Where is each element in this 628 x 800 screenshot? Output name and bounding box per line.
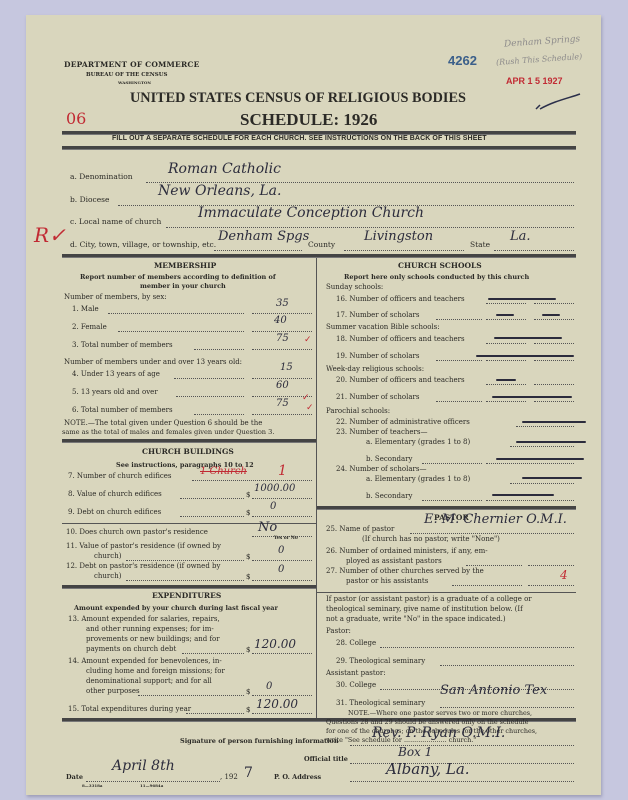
leader-dots — [108, 312, 244, 314]
q27-label-1: 27. Number of other churches served by t… — [326, 567, 484, 575]
q28-field[interactable] — [380, 646, 574, 648]
pencil-note-location: Denham Springs — [504, 34, 581, 49]
graduate-instruction-1: If pastor (or assistant pastor) is a gra… — [326, 595, 532, 603]
q9-debt-label: 9. Debt on church edifices — [68, 508, 161, 516]
leader-dots — [422, 499, 482, 501]
q15-total-label: 15. Total expenditures during year — [68, 705, 191, 713]
q7-edifices-value: 1 — [278, 463, 287, 479]
official-title-value: Box 1 — [398, 745, 432, 759]
divider — [62, 254, 576, 258]
q31-value: San Antonio Tex — [440, 683, 547, 698]
q24-label: 24. Number of scholars— — [336, 465, 426, 473]
divider — [62, 585, 316, 589]
year-value: 7 — [244, 765, 253, 781]
dollar-sign: $ — [246, 553, 250, 561]
stamp-number: 4262 — [448, 53, 477, 68]
blank-dash — [496, 458, 584, 460]
date-value: April 8th — [112, 758, 175, 774]
city-value: Denham Spgs — [218, 229, 309, 244]
dollar-sign: $ — [246, 491, 250, 499]
q17-label: 17. Number of scholars — [336, 311, 419, 319]
checkmark-icon — [534, 93, 584, 113]
bureau-city: WASHINGTON — [118, 80, 151, 85]
q25-pastor-name-label: 25. Name of pastor — [326, 525, 394, 533]
q14-label-1: 14. Amount expended for benevolences, in… — [68, 657, 222, 665]
q11-residence-value-field[interactable] — [252, 559, 312, 561]
leader-dots — [182, 652, 244, 654]
church-schools-instruction: Report here only schools conducted by th… — [344, 273, 529, 281]
leader-dots — [180, 515, 244, 517]
q13-label-3: provements or new buildings; and for — [86, 635, 220, 643]
q5-over13-value: 60 — [276, 380, 289, 391]
q4-under13-value: 15 — [280, 362, 293, 373]
q1-male-label: 1. Male — [72, 305, 99, 313]
city-field[interactable] — [214, 249, 302, 251]
pastor-note-1: NOTE.—Where one pastor serves two or mor… — [348, 709, 532, 717]
graduate-instruction-3: not a graduate, write "No" in the space … — [326, 615, 506, 623]
q23a-label: a. Elementary (grades 1 to 8) — [366, 438, 470, 446]
membership-note-2: same as the total of males and females g… — [62, 428, 274, 436]
q3-total-value: 75 — [276, 333, 289, 344]
q7-edifices-label: 7. Number of church edifices — [68, 472, 172, 480]
denomination-label: a. Denomination — [70, 172, 133, 181]
blank-dash — [488, 298, 556, 300]
q25-hint: (If church has no pastor, write "None") — [362, 535, 500, 543]
q13-label-2: and other running expenses; for im- — [86, 625, 214, 633]
q22-field[interactable] — [516, 425, 574, 427]
blank-dash — [492, 494, 554, 496]
leader-dots — [180, 497, 244, 499]
q14-field[interactable] — [252, 694, 312, 696]
q12-residence-debt-label-2: church) — [94, 572, 121, 580]
q13-label-4: payments on church debt — [86, 645, 176, 653]
column-divider — [316, 258, 317, 720]
expenditures-instruction: Amount expended by your church during la… — [74, 604, 278, 612]
signature-value: Rev. P. Ryan O.M.I. — [372, 725, 505, 741]
q18-field-a[interactable] — [486, 342, 526, 344]
q23b-field[interactable] — [486, 462, 574, 464]
q25-pastor-name-value: E. M. Chernier O.M.I. — [424, 512, 567, 527]
blank-dash — [516, 441, 586, 443]
q15-total-value: 120.00 — [256, 697, 298, 711]
q29-label: 29. Theological seminary — [336, 657, 425, 665]
pastor-subheading: Pastor: — [326, 627, 351, 635]
church-schools-heading: CHURCH SCHOOLS — [398, 261, 482, 270]
blank-dash — [496, 314, 514, 316]
po-address-label: P. O. Address — [274, 773, 321, 781]
dollar-sign: $ — [246, 688, 250, 696]
parochial-schools-label: Parochial schools: — [326, 407, 390, 415]
q9-debt-field[interactable] — [252, 515, 312, 517]
leader-dots — [194, 413, 244, 415]
q8-value-value: 1000.00 — [254, 483, 295, 494]
county-value: Livingston — [364, 229, 433, 244]
department-name: DEPARTMENT OF COMMERCE — [64, 60, 200, 69]
q16-field-a[interactable] — [486, 302, 526, 304]
leader-dots — [118, 330, 244, 332]
local-name-label: c. Local name of church — [70, 217, 161, 226]
q9-debt-value: 0 — [270, 501, 276, 512]
diocese-label: b. Diocese — [70, 195, 109, 204]
q13-field[interactable] — [252, 652, 312, 654]
date-label: Date — [66, 773, 83, 781]
blank-dash — [522, 477, 582, 479]
leader-dots — [436, 400, 482, 402]
leader-dots — [452, 584, 522, 586]
schedule-title: SCHEDULE: 1926 — [240, 110, 377, 130]
graduate-instruction-2: theological seminary, give name of insti… — [326, 605, 523, 613]
yes-or-no-hint: Yes or No — [274, 536, 298, 541]
q7-edifices-field[interactable] — [192, 479, 312, 481]
blank-dash — [494, 337, 562, 339]
q3-total-field[interactable] — [252, 348, 312, 350]
pencil-note-rush: (Rush This Schedule) — [496, 52, 583, 67]
q26-label-1: 26. Number of ordained ministers, if any… — [326, 547, 488, 555]
blank-dash — [542, 314, 560, 316]
census-schedule-form: DEPARTMENT OF COMMERCE BUREAU OF THE CEN… — [26, 15, 601, 795]
q22-label: 22. Number of administrative officers — [336, 418, 470, 426]
q14-label-4: other purposes — [86, 687, 140, 695]
q1-male-value: 35 — [276, 298, 289, 309]
q12-residence-debt-label-1: 12. Debt on pastor's residence (if owned… — [66, 562, 220, 570]
q16-label: 16. Number of officers and teachers — [336, 295, 465, 303]
q14-value: 0 — [266, 681, 272, 692]
q20-field-a[interactable] — [486, 383, 526, 385]
q24a-field[interactable] — [510, 482, 574, 484]
q4-under13-label: 4. Under 13 years of age — [72, 370, 160, 378]
bureau-name: BUREAU OF THE CENSUS — [86, 72, 168, 78]
denomination-value: Roman Catholic — [168, 161, 281, 177]
leader-dots — [422, 462, 482, 464]
q2-female-value: 40 — [274, 315, 287, 326]
leader-dots — [186, 712, 244, 714]
q12-residence-debt-value: 0 — [278, 564, 284, 575]
q29-field[interactable] — [440, 664, 574, 666]
q15-total-field[interactable] — [252, 712, 312, 714]
blank-dash — [522, 421, 586, 423]
leader-dots — [176, 395, 244, 397]
q13-label-1: 13. Amount expended for salaries, repair… — [68, 615, 220, 623]
q24a-label: a. Elementary (grades 1 to 8) — [366, 475, 470, 483]
q3-total-label: 3. Total number of members — [72, 341, 173, 349]
membership-heading: MEMBERSHIP — [154, 261, 216, 270]
county-field[interactable] — [344, 249, 464, 251]
expenditures-heading: EXPENDITURES — [152, 591, 221, 600]
q14-label-2: cluding home and foreign missions; for — [86, 667, 225, 675]
county-label: County — [308, 240, 335, 249]
divider — [317, 592, 576, 593]
q11-residence-value-label-2: church) — [94, 552, 121, 560]
q26-field[interactable] — [528, 564, 574, 566]
q24b-field[interactable] — [486, 499, 574, 501]
q20-field-b[interactable] — [534, 383, 574, 385]
checkmark-icon: ✓ — [304, 335, 312, 345]
q2-female-label: 2. Female — [72, 323, 107, 331]
q19-field-a[interactable] — [486, 359, 526, 361]
red-code-mark: 06 — [66, 109, 86, 128]
q6-total-field[interactable] — [252, 413, 312, 415]
q23-label: 23. Number of teachers— — [336, 428, 428, 436]
po-address-field[interactable] — [350, 780, 574, 782]
q23a-field[interactable] — [510, 445, 574, 447]
weekday-schools-label: Week-day religious schools: — [326, 365, 424, 373]
dollar-sign: $ — [246, 646, 250, 654]
leader-dots — [436, 359, 482, 361]
q19-field-b[interactable] — [534, 359, 574, 361]
local-name-value: Immaculate Conception Church — [198, 205, 424, 221]
q30-label: 30. College — [336, 681, 376, 689]
membership-instruction-1: Report number of members according to de… — [80, 273, 276, 281]
q31-field[interactable] — [440, 706, 574, 708]
year-prefix: , 192 — [220, 773, 238, 781]
blank-dash — [492, 396, 572, 398]
church-buildings-heading: CHURCH BUILDINGS — [142, 447, 234, 456]
state-value: La. — [510, 229, 531, 244]
membership-instruction-2: member in your church — [140, 282, 226, 290]
q28-label: 28. College — [336, 639, 376, 647]
q25-pastor-name-field[interactable] — [410, 532, 574, 534]
divider — [62, 146, 576, 150]
membership-note-1: NOTE.—The total given under Question 6 s… — [64, 419, 262, 427]
q8-value-label: 8. Value of church edifices — [68, 490, 162, 498]
sunday-schools-label: Sunday schools: — [326, 283, 383, 291]
members-by-sex-label: Number of members, by sex: — [64, 293, 167, 301]
dollar-sign: $ — [246, 706, 250, 714]
q27-value: 4 — [560, 568, 568, 582]
q21-label: 21. Number of scholars — [336, 393, 419, 401]
divider — [62, 523, 316, 524]
q6-total-label: 6. Total number of members — [72, 406, 173, 414]
q13-value: 120.00 — [254, 637, 296, 651]
q26-label-2: ployed as assistant pastors — [346, 557, 442, 565]
leader-dots — [466, 564, 522, 566]
q17-field-b[interactable] — [534, 318, 574, 320]
po-address-value: Albany, La. — [386, 760, 470, 778]
state-field[interactable] — [494, 249, 574, 251]
instruction-banner: FILL OUT A SEPARATE SCHEDULE FOR EACH CH… — [112, 135, 487, 142]
blank-dash — [476, 355, 574, 357]
divider — [317, 506, 576, 510]
q16-field-b[interactable] — [534, 302, 574, 304]
q11-residence-value-label-1: 11. Value of pastor's residence (if owne… — [66, 542, 221, 550]
q1-male-field[interactable] — [252, 312, 312, 314]
signature-field[interactable] — [350, 744, 574, 746]
q27-field[interactable] — [528, 584, 574, 586]
checkmark-icon: ✓ — [306, 403, 314, 413]
state-label: State — [470, 240, 490, 249]
margin-review-mark: R✓ — [34, 223, 66, 247]
leader-dots — [126, 579, 244, 581]
dollar-sign: $ — [246, 573, 250, 581]
dollar-sign: $ — [246, 509, 250, 517]
signature-label: Signature of person furnishing informati… — [180, 737, 339, 745]
q20-label: 20. Number of officers and teachers — [336, 376, 465, 384]
q23b-label: b. Secondary — [366, 455, 412, 463]
q5-over13-label: 5. 13 years old and over — [72, 388, 158, 396]
leader-dots — [436, 318, 482, 320]
members-by-age-label: Number of members under and over 13 year… — [64, 358, 242, 366]
form-code-2: 11—9684a — [140, 783, 163, 788]
q4-under13-field[interactable] — [252, 377, 312, 379]
q24b-label: b. Secondary — [366, 492, 412, 500]
received-date-stamp: APR 1 5 1927 — [506, 76, 563, 86]
summer-schools-label: Summer vacation Bible schools: — [326, 323, 440, 331]
q21-field-a[interactable] — [486, 400, 526, 402]
q11-residence-value-value: 0 — [278, 545, 284, 556]
q10-residence-label: 10. Does church own pastor's residence — [66, 528, 208, 536]
q31-label: 31. Theological seminary — [336, 699, 425, 707]
divider — [62, 439, 316, 443]
leader-dots — [194, 348, 244, 350]
q21-field-b[interactable] — [534, 400, 574, 402]
form-code-1: 8—3318a — [82, 783, 103, 788]
official-title-label: Official title — [304, 755, 348, 763]
q17-field-a[interactable] — [486, 318, 526, 320]
local-name-field[interactable] — [166, 226, 574, 228]
blank-dash — [496, 379, 516, 381]
checkmark-icon: ✓ — [302, 393, 310, 403]
assistant-pastor-subheading: Assistant pastor: — [326, 669, 386, 677]
q2-female-field[interactable] — [252, 330, 312, 332]
city-label: d. City, town, village, or township, etc… — [70, 240, 216, 249]
q6-total-value: 75 — [276, 398, 289, 409]
diocese-value: New Orleans, La. — [158, 183, 281, 199]
q8-value-field[interactable] — [252, 497, 312, 499]
q7-struck-value: 1 Church — [200, 466, 247, 477]
q10-residence-value: No — [258, 520, 277, 535]
q27-label-2: pastor or his assistants — [346, 577, 428, 585]
date-field[interactable] — [86, 780, 220, 782]
q19-label: 19. Number of scholars — [336, 352, 419, 360]
form-title: UNITED STATES CENSUS OF RELIGIOUS BODIES — [130, 90, 466, 107]
q18-label: 18. Number of officers and teachers — [336, 335, 465, 343]
leader-dots — [126, 559, 244, 561]
leader-dots — [138, 694, 244, 696]
leader-dots — [174, 377, 244, 379]
q12-residence-debt-field[interactable] — [252, 579, 312, 581]
q18-field-b[interactable] — [534, 342, 574, 344]
q14-label-3: denominational support; and for all — [86, 677, 212, 685]
